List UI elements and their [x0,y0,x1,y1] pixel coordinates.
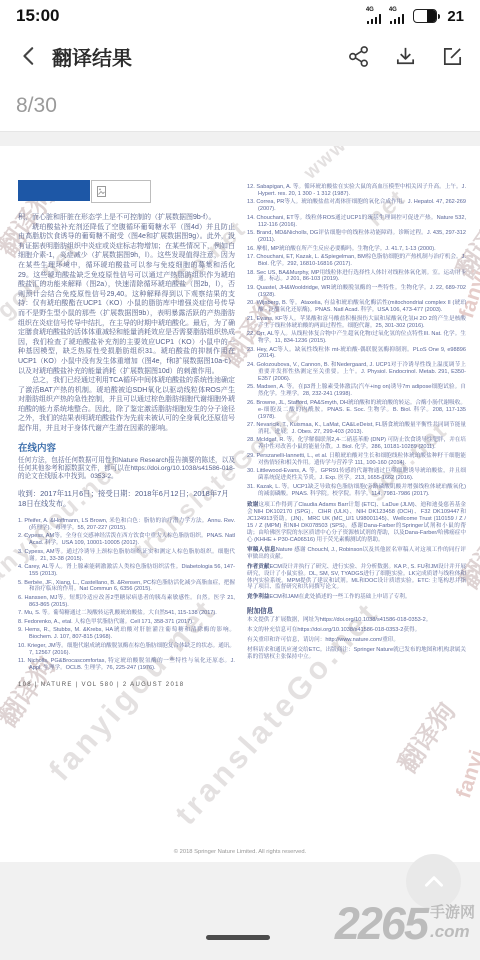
author-contributions: 作者贡献ECM设计并执行了研究、进行实验、并分析数据。KA P., S. FU和… [247,564,466,592]
reference-item: 9. Hems, R., Stubbs, M. &Krebs, HA琥珀酸对肝脏… [18,627,235,641]
site-watermark-logo: 2265 手游网 .com [335,901,475,946]
logo-tld: .com [430,923,475,940]
ack-label: 致谢 [247,502,258,508]
page-title: 翻译结果 [52,42,132,71]
reference-item: 30. Littlewood-Evans, A. 等。GPR91传感的代谢物通过… [247,468,466,482]
reference-item: 27. Nevaricik, T., Kuismaa, K., LaMat, C… [247,422,466,436]
reference-item: 22. Orr, AL等人。从线粒体复合物中产生超氧化物/过氧化氢的位点特性II… [247,331,466,345]
reference-item: 12. Sabapigan, A. 等。循环琥珀酸盐在实验大鼠的高血压模型中相关… [247,184,466,198]
reference-item: 31. Kazak, L. 等。UCP1缺乏导致棕色脂肪细胞(旁路磷酸肌酸并增强… [247,484,466,498]
watermark-site: www.fanyigou.net [300,146,459,184]
logo-number: 2265 [335,901,427,946]
edit-icon [441,45,464,68]
document-page[interactable]: 翻译狗 gou.net Go.net net www.fanyigou.net … [0,146,480,862]
page-indicator: 8/30 [16,94,57,118]
online-content-text: 任何方法，包括任何数据可用性和Nature Research报告摘要的陈述，以及… [18,457,235,482]
reviewer-label: 审稿人信息 [247,547,276,553]
reviewer-info: 审稿人信息Nature 感谢 Chouchl, J., Robinson以及其他… [247,547,466,561]
reference-item: 8. Fedorenko, A., etal. 人棕色甲状脂肪代谢。Cell 1… [18,619,235,626]
reference-item: 13. Correa, PR等人。琥珀酸盐盐对离体肝细胞的氧化合成作用。J. H… [247,199,466,213]
reference-item: 5. Berbée, JF., Xiang, L., Castellano, B… [18,580,235,594]
watermark-brand: fanyi [452,747,480,801]
additional-info-line: 本文提供了扩展数据，网址为https://doi.org/10.1038/s41… [247,617,466,624]
copyright-line: © 2018 Springer Nature Limited. All righ… [0,849,480,855]
section-header-online-content: 在线内容 [18,440,235,454]
nav-bar: 翻译结果 [0,32,480,80]
reference-item: 3. Cypess, AM等。通过冷诱导上颈棕色脂肪组织证实和测定人棕色脂肪组织… [18,549,235,563]
additional-info-line: 本文的补充信息可在https://doi.org/10.1038/s41586-… [247,627,466,634]
clock: 15:00 [16,6,59,26]
chevron-up-icon [421,869,447,895]
left-column: 积，而心脏和肝脏在形态学上是不可控制的（扩展数据图9b-f）。 琥珀酸盐补充剂还… [18,180,235,688]
figure-placeholder-row [18,180,235,203]
watermark-brand: 翻译狗 [388,694,463,779]
figure-highlight-bar [18,180,90,201]
competing-interests: 竞争利益ECM和JAM在此处描述的一些工作的基础上申请了专利。 [247,594,466,601]
broken-image-icon [97,186,106,197]
reference-item: 18. Sec US, BA&Murphy, MP用线粒体进行选择性人体针对线粒… [247,270,466,284]
body-paragraph: 琥珀酸盐补充剂还降低了空腹循环葡萄糖水平（图4d）并且防止由高脂肪饮食诱导的葡萄… [18,223,235,377]
download-icon [394,45,417,68]
body-paragraph: 积，而心脏和肝脏在形态学上是不可控制的（扩展数据图9b-f）。 [18,213,235,223]
back-button[interactable] [16,43,42,69]
chevron-left-icon [18,45,40,67]
signal-icon-sim2: 4G [390,8,406,24]
reference-item: 7. Mu, S. 等。葡萄糖通过二羧酸转运乳酸琥珀酸盐。大自然541, 115… [18,610,235,617]
app-screen: 15:00 4G 4G 21 翻译结果 [0,0,480,960]
nav-actions [347,45,464,68]
reference-item: 25. Madsen, A. 等。在β3肾上腺素受体激活(汽车+ing on)诱… [247,384,466,398]
reference-item: 26. Browne, JL, Stafford, PA&Smyth, DH琥珀… [247,400,466,421]
reference-item: 24. Golozoubova, V., Cannon, B. 和Nederga… [247,362,466,383]
reference-item: 29. Perszanelli-Iannetti, L., et al. 日粮琥… [247,453,466,467]
reference-item: 16. 摩根, MP琥珀酸在所产生反应必要酶吗。生物化学。J. 41.7, 1-… [247,246,466,253]
reference-item: 4. Carey, AL等人。肾上腺素能刺激激活人类棕色脂肪组织活性。Diabe… [18,564,235,578]
status-bar: 15:00 4G 4G 21 [0,0,480,32]
figure-placeholder-box [91,180,151,203]
journal-footer: 108 | NATURE | VOL 580 | 2 AUGUST 2018 [18,682,235,688]
reference-item: 1. Pfeifer, A. &Hoffmann, LS Brown, 米色和白… [18,518,235,532]
reference-item: 23. Hey, AC等人。缺氧性线粒体 mt-琥珀酸-偶联脱氢酶抑制剂。PLo… [247,347,466,361]
received-dates: 收到：2017年11月6日；接受日期：2018年6月12日；2018年7月18日… [18,489,235,510]
right-column: 12. Sabapigan, A. 等。循环琥珀酸盐在实验大鼠的高血压模型中相关… [247,184,466,664]
pager-bar: 8/30 [0,80,480,132]
reference-item: 10. Krieger, JM等。细胞代谢成琥珀酸脱氢酶在棕色脂肪细胞复合体缺乏… [18,643,235,657]
share-button[interactable] [347,45,370,68]
reference-item: 6. Hanssen, MJ等。短期冷适应改善2型糖尿病患者的胰岛素敏感性。自然… [18,595,235,609]
battery-icon [413,9,441,23]
battery-percent: 21 [447,8,464,25]
additional-info-line: 材料请求和通讯应递交给ETC。出版商注：Springer Nature就已发布的… [247,647,466,661]
reference-item: 15. Brand, MD&Nicholls, DG评估细胞中的线粒体功能障碍。… [247,230,466,244]
reference-item: 11. Nicholls, PG&Brocascomfortas, 特定琥珀酸脱… [18,658,235,672]
download-button[interactable] [394,45,417,68]
status-icons: 4G 4G 21 [367,8,464,25]
contrib-label: 作者贡献 [247,564,269,570]
competing-label: 竞争利益 [247,594,269,600]
acknowledgements: 致谢这项工作得到了Claudia Adams Barr计划 (ETC)、LaDu… [247,502,466,543]
logo-tagline: 手游网 [430,905,475,920]
reference-item: 21. Evans, KF等人。苹果酸和富马酸盐积极损伤大鼠和尿酸氧化氢H 2O… [247,316,466,330]
signal-icon-sim1: 4G [367,8,383,24]
reference-item: 20. Wijnberg, B. 等。Ataxelia, 有益和琥珀酸氧化酶活性… [247,300,466,314]
additional-info-header: 附加信息 [247,605,466,615]
share-icon [347,45,370,68]
reference-item: 17. Chouchani, ET, Kazak, L. &Spiegelman… [247,254,466,268]
reference-item: 19. Quastel, JH&Wooldridge, WR琥珀酸脱氢酶的一些特… [247,285,466,299]
body-paragraph: 总之，我们已经通过利用TCA循环中间体琥珀酸盐的系统性池确定了激活BAT产热的机… [18,376,235,434]
reference-item: 28. McIdgaf, R. 等。化学解偶联剂2,4-二硝基苯酚 (DNP) … [247,437,466,451]
reference-item: 14. Chouchani, ET等。线粒体ROS通过UCP1的巯基生理调控可促… [247,215,466,229]
home-indicator[interactable] [206,935,270,940]
edit-button[interactable] [441,45,464,68]
reference-item: 2. Cypess, AM等。全身在交感神经活泼在西方饮食中重大人棕色脂肪组织。… [18,533,235,547]
additional-info-line: 有关重印和许可信息，请访问：http://www.nature.com/重印。 [247,637,466,644]
